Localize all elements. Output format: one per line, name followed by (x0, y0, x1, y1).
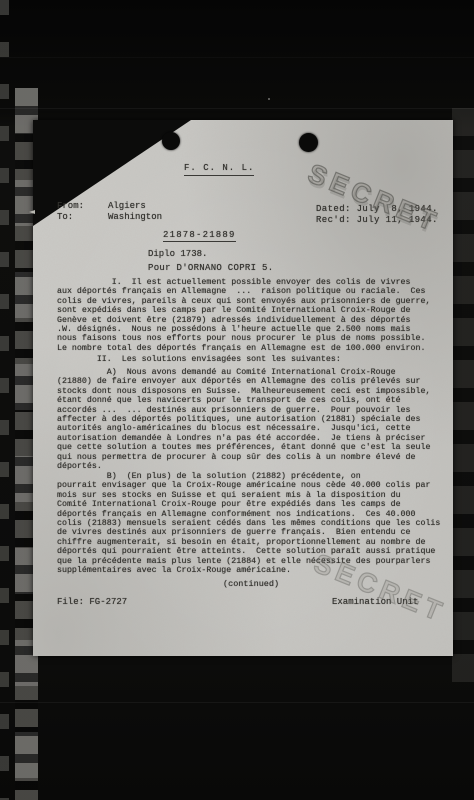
body-paragraph-b: B) (En plus) de la solution (21882) préc… (57, 472, 440, 575)
from-value: Algiers (108, 201, 146, 212)
body-paragraph-1: I. Il est actuellement possible envoyer … (57, 278, 430, 353)
film-scratch-line (0, 57, 474, 58)
body-paragraph-a: A) Nous avons demandé au Comité Internat… (57, 368, 430, 471)
to-value: Washington (108, 212, 162, 223)
film-scratch-line (0, 702, 474, 703)
serial-number: 21878-21889 (163, 230, 236, 242)
film-scratch-line (0, 108, 474, 109)
file-reference: File: FG-2727 (57, 597, 127, 608)
punch-hole (299, 133, 318, 152)
addressee-line: Pour D'ORNANO COPRI 5. (148, 263, 273, 274)
document-page: SECRET SECRET F. C. N. L. From: Algiers … (33, 120, 453, 656)
film-edge-marks-left (0, 0, 9, 800)
channel-line: Diplo 1738. (148, 249, 207, 260)
from-label: From: (57, 201, 84, 212)
letterhead: F. C. N. L. (184, 163, 254, 176)
film-edge-marks-right (452, 108, 474, 692)
punch-hole (162, 132, 180, 150)
microfilm-frame: SECRET SECRET F. C. N. L. From: Algiers … (0, 0, 474, 800)
continued-note: (continued) (223, 579, 279, 589)
secret-stamp-top: SECRET (303, 158, 444, 239)
dust-speck (268, 98, 270, 100)
to-label: To: (57, 212, 73, 223)
body-paragraph-2: II. Les solutions envisagées sont les su… (57, 355, 341, 364)
